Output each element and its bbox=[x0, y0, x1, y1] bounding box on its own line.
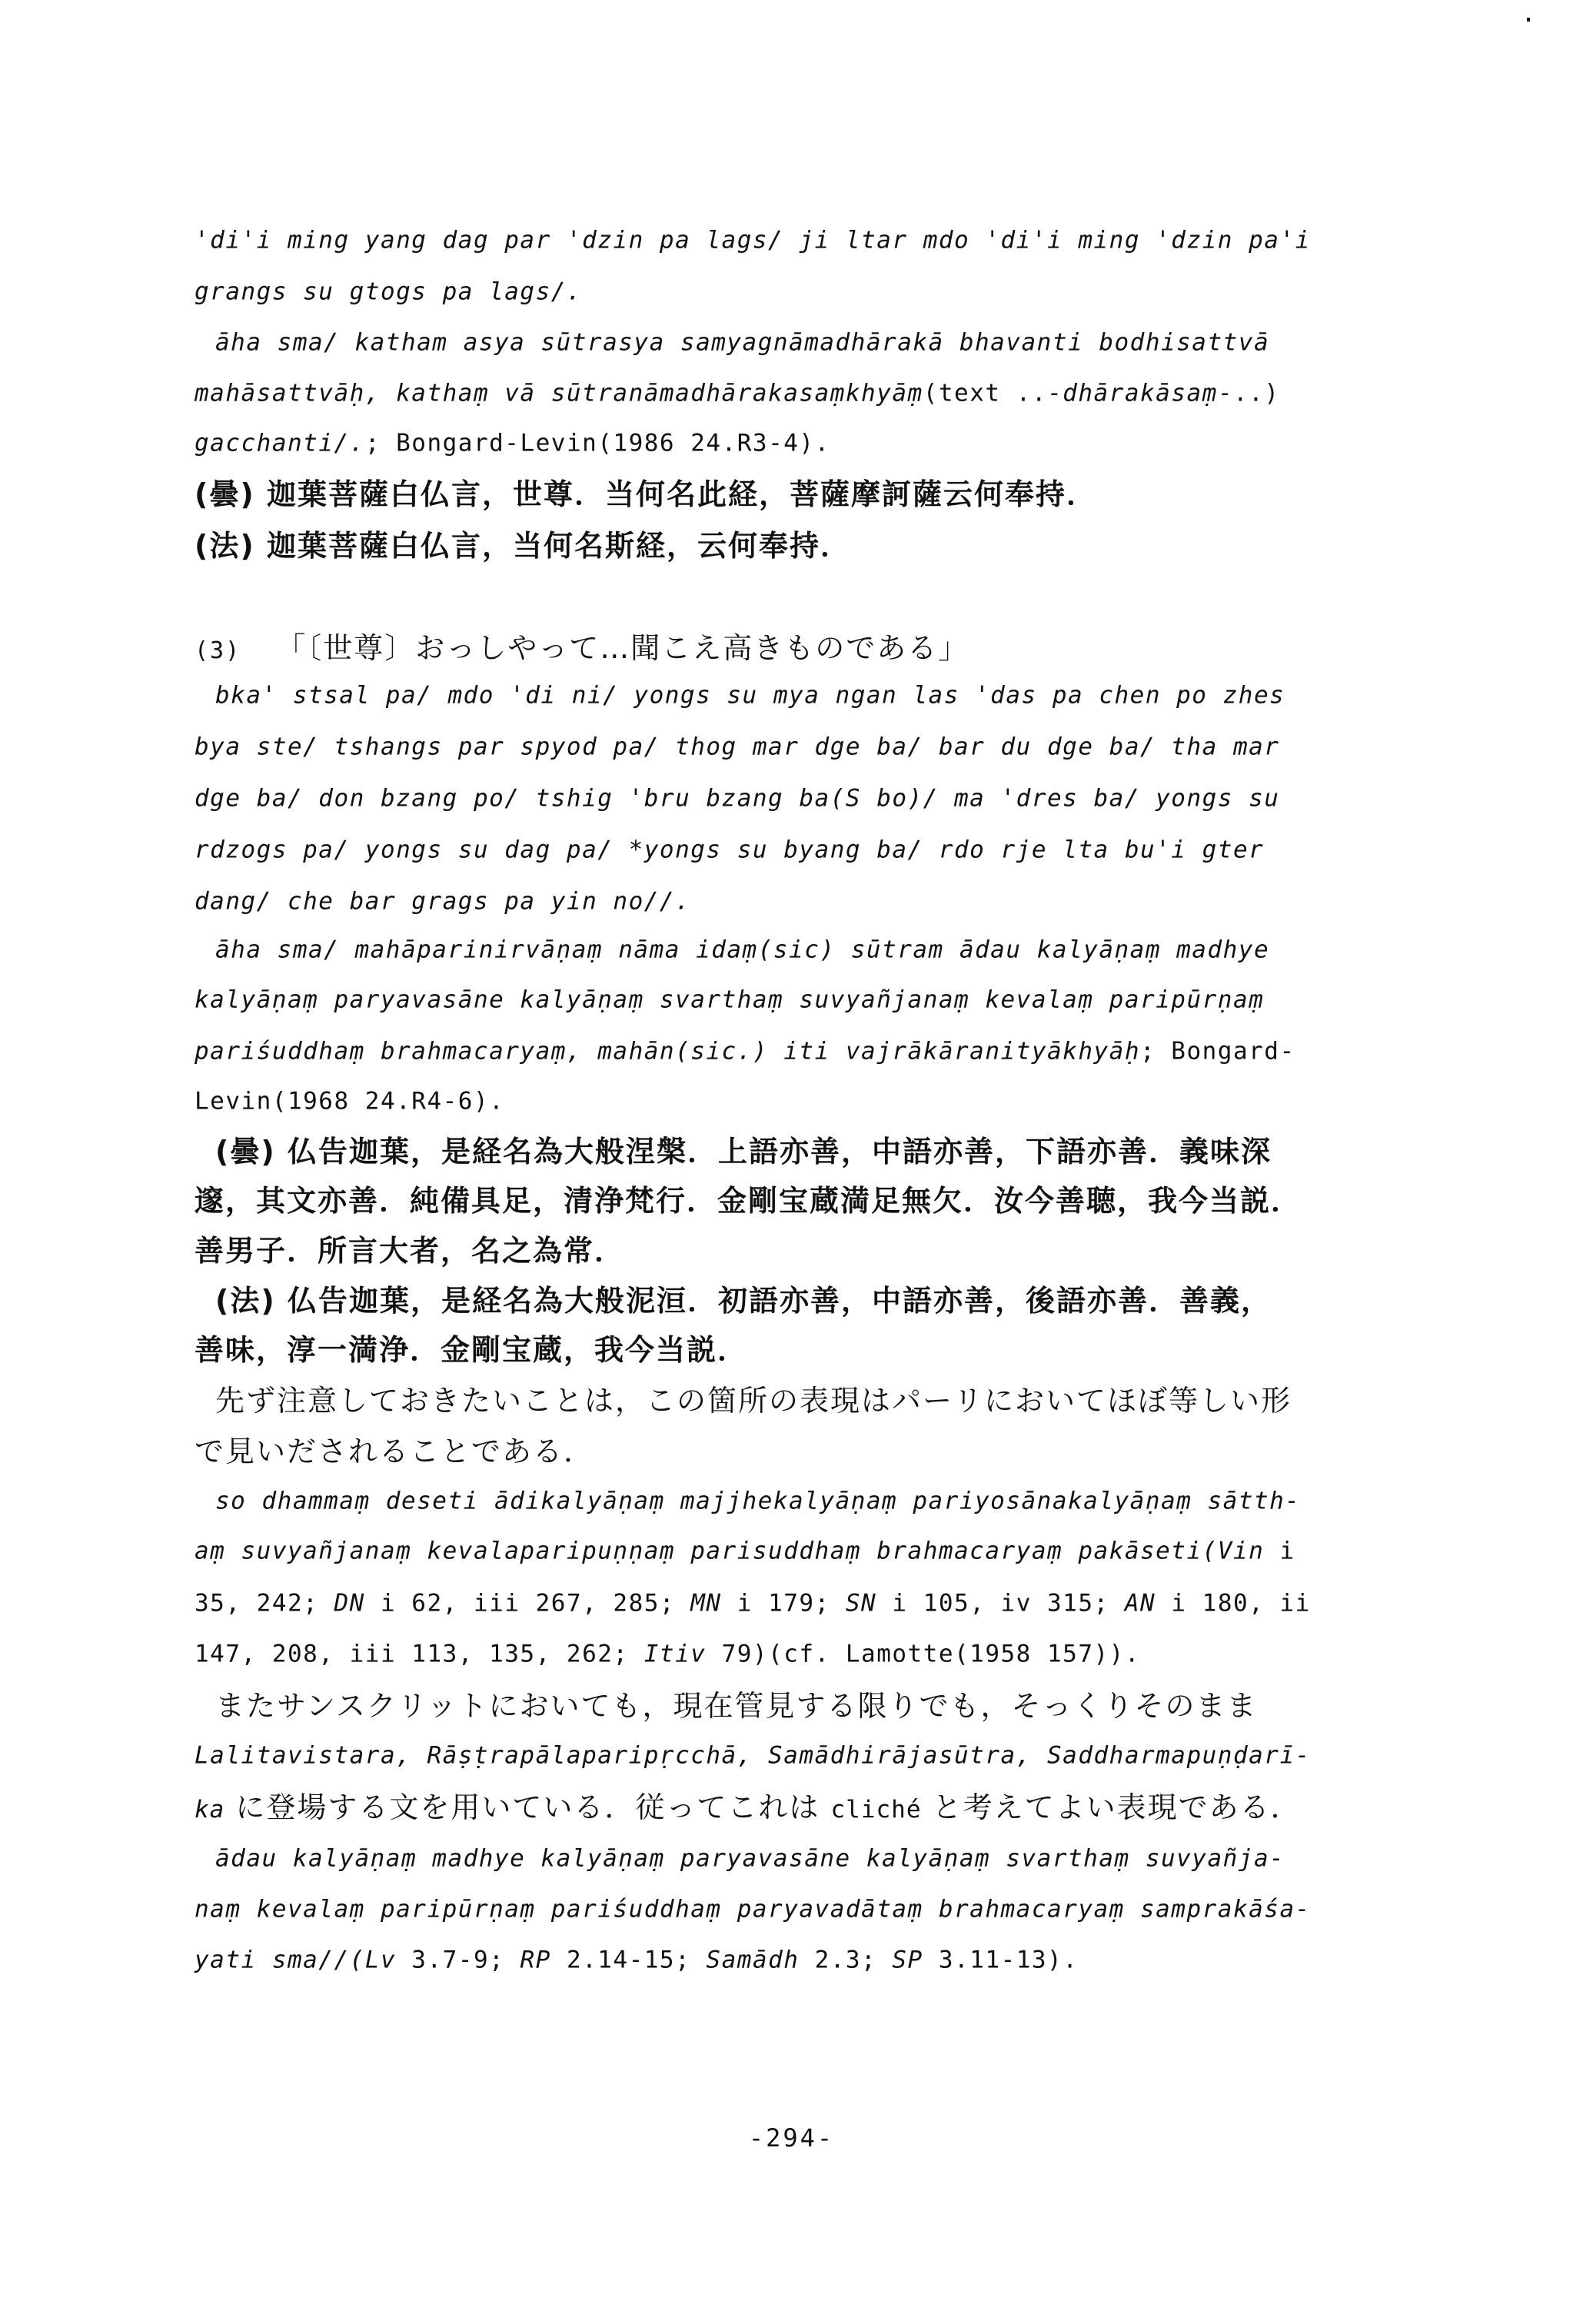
abbr-an: AN bbox=[1125, 1590, 1156, 1617]
citation: i bbox=[1264, 1538, 1295, 1565]
tibetan-line-3: bka' stsal pa/ mdo 'di ni/ yongs su mya … bbox=[215, 684, 1285, 708]
abbr-samadh: Samādh bbox=[706, 1947, 799, 1974]
abbr-itiv: Itiv bbox=[644, 1641, 707, 1668]
term-cliche: cliché bbox=[831, 1796, 922, 1824]
title-fragment: ka bbox=[195, 1796, 224, 1824]
citation: ; Bongard-Levin(1986 24.R3-4). bbox=[365, 430, 830, 457]
pali-line-2: aṃ suvyañjanaṃ kevalaparipuṇṇaṃ parisudd… bbox=[195, 1540, 1295, 1564]
tibetan-line-4: bya ste/ tshangs par spyod pa/ thog mar … bbox=[195, 736, 1279, 760]
chinese-tan-line-3: 善男子．所言大者，名之為常． bbox=[195, 1236, 625, 1265]
page-number: -294- bbox=[0, 2123, 1583, 2153]
japanese-text: と考えてよい表現である． bbox=[921, 1790, 1301, 1824]
chinese-tan-line-2: 邃，其文亦善．純備具足，清浄梵行．金剛宝蔵満足無欠．汝今善聴，我今当説． bbox=[195, 1186, 1302, 1215]
citation: Levin(1968 24.R4-6). bbox=[195, 1088, 504, 1115]
abbr-sn: SN bbox=[846, 1590, 876, 1617]
citation: i 105, iv 315; bbox=[876, 1590, 1125, 1617]
japanese-para-2-line-2: Lalitavistara, Rāṣṭrapālaparipṛcchā, Sam… bbox=[195, 1744, 1311, 1768]
abbr-dn: DN bbox=[334, 1590, 364, 1617]
japanese-text: に登場する文を用いている．従ってこれは bbox=[224, 1790, 830, 1824]
citation: 3.7-9; bbox=[396, 1947, 520, 1974]
chinese-fa-version: (法) 迦葉菩薩白仏言，当何名斯経，云何奉持． bbox=[195, 531, 851, 560]
note-text-end: -..) bbox=[1218, 380, 1280, 407]
section-title: 「〔世尊〕おっしやって…聞こえ高きものである」 bbox=[276, 631, 969, 665]
citation: 35, 242; bbox=[195, 1590, 334, 1617]
variant-reading: dhārakāsaṃ bbox=[1063, 380, 1218, 407]
sanskrit-text: gacchanti/. bbox=[195, 430, 365, 457]
sanskrit-line-2: mahāsattvāḥ, kathaṃ vā sūtranāmadhārakas… bbox=[195, 382, 1279, 406]
sanskrit-line-4: āha sma/ mahāparinirvāṇaṃ nāma idaṃ(sic)… bbox=[215, 939, 1269, 963]
sanskrit-line-3: gacchanti/.; Bongard-Levin(1986 24.R3-4)… bbox=[195, 432, 830, 456]
citation: 79)(cf. Lamotte(1958 157)). bbox=[706, 1641, 1140, 1668]
section-number: (3) bbox=[195, 637, 241, 664]
pali-text: aṃ suvyañjanaṃ kevalaparipuṇṇaṃ parisudd… bbox=[195, 1538, 1264, 1565]
sanskrit-text: pariśuddhaṃ brahmacaryaṃ, mahān(sic.) it… bbox=[195, 1038, 1140, 1066]
citation: 2.3; bbox=[799, 1947, 892, 1974]
tibetan-line-1: 'di'i ming yang dag par 'dzin pa lags/ j… bbox=[195, 229, 1311, 253]
japanese-para-1-line-2: で見いだされることである． bbox=[195, 1437, 594, 1466]
note-text: (text ..- bbox=[923, 380, 1063, 407]
sanskrit-parallel-line-2: naṃ kevalaṃ paripūrṇaṃ pariśuddhaṃ parya… bbox=[195, 1898, 1311, 1922]
tibetan-line-2: grangs su gtogs pa lags/. bbox=[195, 281, 582, 304]
sanskrit-line-6: pariśuddhaṃ brahmacaryaṃ, mahān(sic.) it… bbox=[195, 1040, 1295, 1064]
section-heading-3: (3)「〔世尊〕おっしやって…聞こえ高きものである」 bbox=[195, 633, 969, 663]
sanskrit-parallel-line-1: ādau kalyāṇaṃ madhye kalyāṇaṃ paryavasān… bbox=[215, 1847, 1285, 1871]
citation: i 179; bbox=[722, 1590, 846, 1617]
citation: 3.11-13). bbox=[923, 1947, 1079, 1974]
chinese-tan-version: (曇) 迦葉菩薩白仏言，世尊．当何名此経，菩薩摩訶薩云何奉持． bbox=[195, 480, 1097, 509]
sanskrit-line-5: kalyāṇaṃ paryavasāne kalyāṇaṃ svarthaṃ s… bbox=[195, 989, 1264, 1012]
sanskrit-text: yati sma//(Lv bbox=[195, 1947, 396, 1974]
japanese-para-2-line-1: またサンスクリットにおいても，現在管見する限りでも，そっくりそのまま bbox=[215, 1691, 1257, 1721]
abbr-sp: SP bbox=[892, 1947, 923, 1974]
citation-line: Levin(1968 24.R4-6). bbox=[195, 1090, 504, 1114]
japanese-para-2-line-3: ka に登場する文を用いている．従ってこれは cliché と考えてよい表現であ… bbox=[195, 1793, 1302, 1822]
chinese-fa-line-1: (法) 仏告迦葉，是経名為大般泥洹．初語亦善，中語亦善，後語亦善．善義， bbox=[215, 1286, 1272, 1315]
citation: ; Bongard- bbox=[1140, 1038, 1295, 1066]
citation: 147, 208, iii 113, 135, 262; bbox=[195, 1641, 644, 1668]
chinese-fa-line-2: 善味，淳一満浄．金剛宝蔵，我今当説． bbox=[195, 1335, 748, 1365]
citation: 2.14-15; bbox=[551, 1947, 707, 1974]
abbr-rp: RP bbox=[520, 1947, 550, 1974]
pali-citation-line-1: 35, 242; DN i 62, iii 267, 285; MN i 179… bbox=[195, 1592, 1311, 1616]
sanskrit-line-1: āha sma/ katham asya sūtrasya samyagnāma… bbox=[215, 331, 1269, 355]
scan-speck bbox=[1527, 18, 1530, 22]
tibetan-line-6: rdzogs pa/ yongs su dag pa/ *yongs su by… bbox=[195, 839, 1264, 863]
sanskrit-parallel-line-3: yati sma//(Lv 3.7-9; RP 2.14-15; Samādh … bbox=[195, 1949, 1078, 1973]
tibetan-line-7: dang/ che bar grags pa yin no//. bbox=[195, 890, 690, 914]
chinese-tan-line-1: (曇) 仏告迦葉，是経名為大般涅槃．上語亦善，中語亦善，下語亦善．義味深 bbox=[215, 1137, 1272, 1166]
tibetan-line-5: dge ba/ don bzang po/ tshig 'bru bzang b… bbox=[195, 787, 1279, 811]
citation: i 62, iii 267, 285; bbox=[365, 1590, 690, 1617]
japanese-para-1-line-1: 先ず注意しておきたいことは，この箇所の表現はパーリにおいてほぼ等しい形 bbox=[215, 1386, 1292, 1415]
pali-citation-line-2: 147, 208, iii 113, 135, 262; Itiv 79)(cf… bbox=[195, 1643, 1140, 1667]
citation: i 180, ii bbox=[1156, 1590, 1311, 1617]
abbr-mn: MN bbox=[690, 1590, 721, 1617]
pali-line-1: so dhammaṃ deseti ādikalyāṇaṃ majjhekaly… bbox=[215, 1490, 1300, 1514]
sanskrit-text: mahāsattvāḥ, kathaṃ vā sūtranāmadhārakas… bbox=[195, 380, 923, 407]
